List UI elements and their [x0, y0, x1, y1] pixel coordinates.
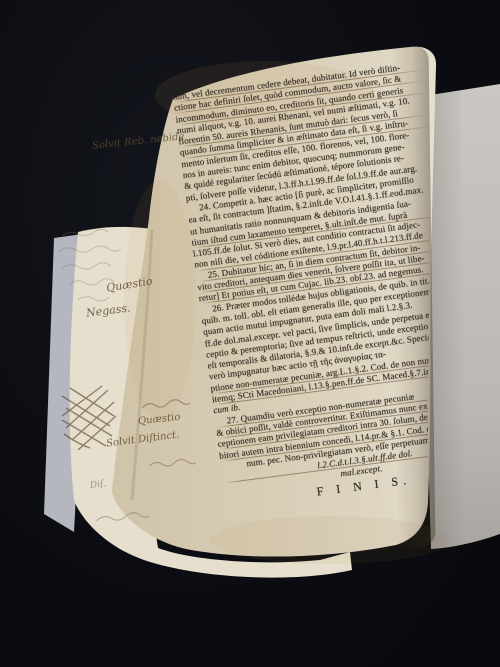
- faint-pen-mark: [92, 508, 152, 528]
- ink-crosshatch-scribble: [58, 382, 118, 454]
- faint-pen-mark: [146, 456, 198, 472]
- photo-of-antique-book: { "colors": { "background": "#0b0d12", "…: [0, 0, 500, 667]
- show-through-writing: [52, 218, 142, 318]
- page-curl-shadow: [390, 46, 435, 548]
- faint-pen-mark: [138, 396, 194, 414]
